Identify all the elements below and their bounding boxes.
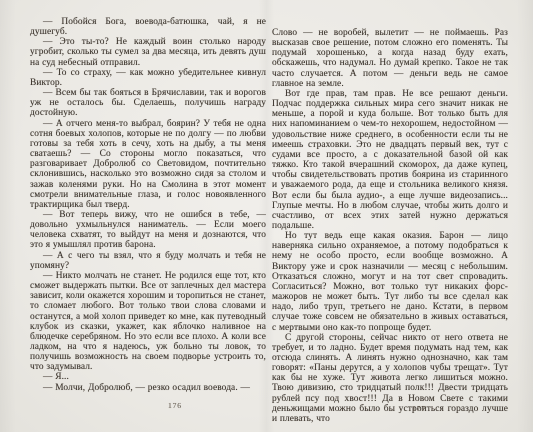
paragraph: — А отчего меня-то выбрал, боярин? У теб…: [30, 119, 266, 210]
paragraph: Но тут ведь еще какая оказия. Барон — ли…: [272, 231, 508, 333]
paragraph: — Вот теперь вижу, что не ошибся в тебе,…: [30, 210, 266, 251]
paragraph: — То со страху, — как можно убедительнее…: [30, 68, 266, 88]
page-left-text: — Побойся Бога, воевода-батюшка, чай, я …: [30, 17, 266, 393]
paragraph: — А с чего ты взял, что я буду молчать и…: [30, 251, 266, 271]
paragraph: Вот где прав, там прав. Не все решают де…: [272, 89, 508, 231]
page-right: Слово — не воробей, вылетит — не поймаеш…: [272, 0, 508, 432]
paragraph: — Побойся Бога, воевода-батюшка, чай, я …: [30, 17, 266, 37]
paragraph: С другой стороны, сейчас никто от него о…: [272, 333, 508, 424]
page-right-text: Слово — не воробей, вылетит — не поймаеш…: [272, 28, 508, 424]
paragraph: — Молчи, Добролюб, — резко осадил воевод…: [30, 383, 266, 393]
page-left: — Побойся Бога, воевода-батюшка, чай, я …: [30, 0, 266, 432]
page-number-left: 176: [168, 401, 182, 410]
paragraph: — Я...: [30, 372, 266, 382]
paragraph: — Всем бы так бояться в Брячиславии, так…: [30, 88, 266, 118]
page-number-right: 177: [412, 404, 426, 413]
paragraph: — Никто молчать не станет. Не родился ещ…: [30, 271, 266, 373]
book-scan: — Побойся Бога, воевода-батюшка, чай, я …: [0, 0, 533, 432]
paragraph: — Это ты-то? Не каждый воин столько наро…: [30, 37, 266, 67]
paragraph: Слово — не воробей, вылетит — не поймаеш…: [272, 28, 508, 89]
